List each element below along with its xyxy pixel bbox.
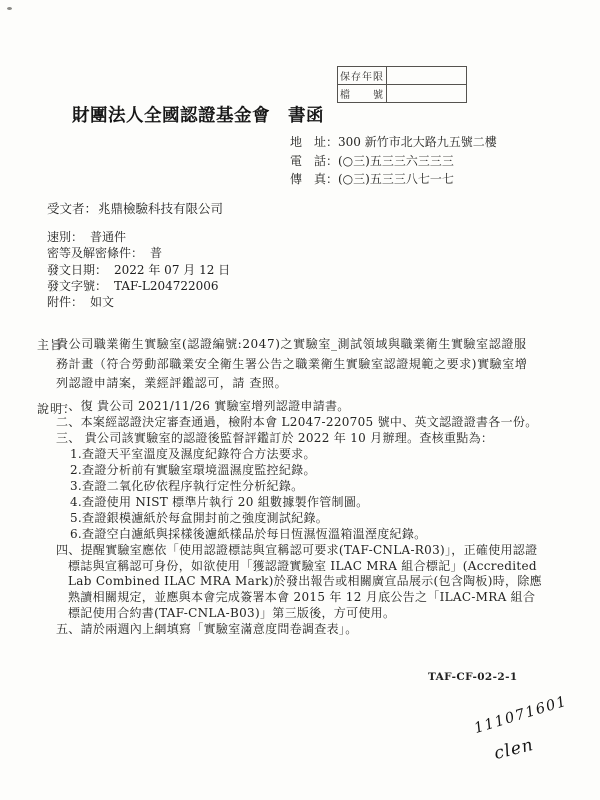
retention-period-value <box>387 67 467 85</box>
description-line: 6.查證空白濾紙與採樣後濾紙樣品於每日恆濕恆溫箱溫溼度紀錄。 <box>56 527 576 543</box>
archive-row: 檔 號 <box>338 85 467 103</box>
speed-class-label: 速別： <box>47 230 83 244</box>
address-line: 地 址：300 新竹市北大路九五號二樓 <box>290 133 497 152</box>
description-line: Lab Combined ILAC MRA Mark)於發出報告或相關廣宣品展示… <box>56 574 576 590</box>
issue-date-value: 2022 年 07 月 12 日 <box>114 263 230 277</box>
description-line: 1.查證天平室溫度及濕度紀錄符合方法要求。 <box>56 447 576 463</box>
subject-body: 貴公司職業衛生實驗室(認證編號:2047)之實驗室_測試領域與職業衛生實驗室認證… <box>56 335 561 394</box>
security-class-value: 普 <box>150 246 162 260</box>
fax-line: 傳 真：(○三)五三三八七一七 <box>290 170 497 189</box>
description-line: 一、復 貴公司 2021/11/26 實驗室增列認證申請書。 <box>56 399 576 415</box>
scan-artifact <box>7 7 12 10</box>
description-line: 熟讀相關規定，並應與本會完成簽署本會 2015 年 12 月底公告之「ILAC-… <box>56 590 576 606</box>
description-line: 標記使用合約書(TAF-CNLA-B03)」第三版後，方可使用。 <box>56 606 576 622</box>
ref-number-label: 發文字號： <box>47 279 107 293</box>
ref-number-value: TAF-L204722006 <box>114 279 219 293</box>
description-line: 二、本案經認證決定審查通過，檢附本會 L2047-220705 號中、英文認證證… <box>56 415 576 431</box>
file-number-value <box>387 85 467 103</box>
archive-box: 保存年限 檔 號 <box>337 66 467 103</box>
security-class-label: 密等及解密條件： <box>47 246 143 260</box>
archive-row: 保存年限 <box>338 67 467 85</box>
subject-line: 貴公司職業衛生實驗室(認證編號:2047)之實驗室_測試領域與職業衛生實驗室認證… <box>56 335 561 355</box>
description-body: 一、復 貴公司 2021/11/26 實驗室增列認證申請書。 二、本案經認證決定… <box>56 399 576 638</box>
file-number-label: 檔 號 <box>338 85 387 103</box>
description-line: 4.查證使用 NIST 標準片執行 20 組數據製作管制圖。 <box>56 495 576 511</box>
description-line: 5.查證銀模濾紙於每盒開封前之強度測試紀錄。 <box>56 511 576 527</box>
speed-class-value: 普通件 <box>90 230 126 244</box>
subject-line: 列認證申請案，業經評鑑認可，請 查照。 <box>56 374 561 394</box>
attachment-line: 附件：如文 <box>47 294 230 310</box>
speed-class-line: 速別：普通件 <box>47 229 230 245</box>
phone-line: 電 話：(○三)五三三六三三三 <box>290 152 497 171</box>
issue-date-label: 發文日期： <box>47 263 107 277</box>
ref-number-line: 發文字號：TAF-L204722006 <box>47 278 230 294</box>
scanned-letter-page: 保存年限 檔 號 財團法人全國認證基金會 書函 地 址：300 新竹市北大路九五… <box>0 0 600 800</box>
retention-period-label: 保存年限 <box>338 67 387 85</box>
handwritten-number: 111071601 <box>472 693 569 737</box>
document-title: 財團法人全國認證基金會 書函 <box>72 102 324 127</box>
security-class-line: 密等及解密條件：普 <box>47 245 230 261</box>
attachment-label: 附件： <box>47 295 83 309</box>
attachment-value: 如文 <box>90 295 114 309</box>
description-line: 3.查證二氧化矽依程序執行定性分析紀錄。 <box>56 479 576 495</box>
description-line: 四、提醒實驗室應依「使用認證標誌與宣稱認可要求(TAF-CNLA-R03)」，正… <box>56 543 576 559</box>
subject-line: 務計畫（符合勞動部職業安全衛生署公告之職業衛生實驗室認證規範之要求)實驗室增 <box>56 355 561 375</box>
handwritten-signature: clen <box>492 735 536 764</box>
description-line: 2.查證分析前有實驗室環境溫濕度監控紀錄。 <box>56 463 576 479</box>
recipient-value: 兆鼎檢驗科技有限公司 <box>98 201 223 216</box>
sender-contact-block: 地 址：300 新竹市北大路九五號二樓 電 話：(○三)五三三六三三三 傳 真：… <box>290 133 497 189</box>
description-line: 標誌與宣稱認可身份，如欲使用「獲認證實驗室 ILAC MRA 組合標記」(Acc… <box>56 559 576 575</box>
description-line: 三、 貴公司該實驗室的認證後監督評鑑訂於 2022 年 10 月辦理。查核重點為… <box>56 431 576 447</box>
description-line: 五、請於兩週內上網填寫「實驗室滿意度問卷調查表」。 <box>56 622 576 638</box>
meta-block: 速別：普通件 密等及解密條件：普 發文日期：2022 年 07 月 12 日 發… <box>47 229 230 310</box>
form-code: TAF-CF-02-2-1 <box>428 671 518 683</box>
issue-date-line: 發文日期：2022 年 07 月 12 日 <box>47 262 230 278</box>
recipient-line: 受文者：兆鼎檢驗科技有限公司 <box>47 199 223 217</box>
recipient-label: 受文者： <box>47 201 97 216</box>
